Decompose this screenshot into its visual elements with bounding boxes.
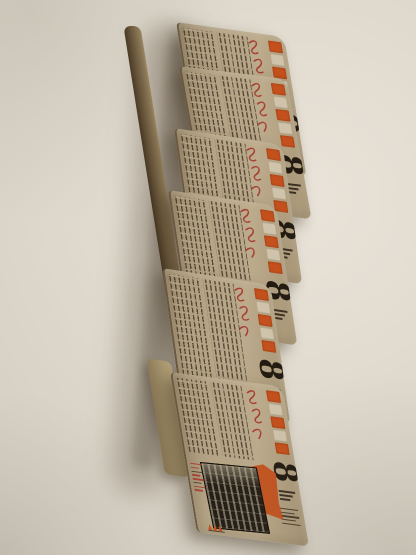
orange-square: [270, 174, 285, 187]
white-square: [262, 222, 277, 235]
photograph: 8 8: [0, 0, 416, 555]
orange-square: [266, 390, 281, 403]
white-square: [260, 327, 275, 340]
white-square: [273, 96, 288, 109]
orange-square: [254, 288, 269, 301]
orange-square: [271, 83, 286, 96]
orange-square: [280, 135, 295, 148]
white-square: [266, 248, 281, 261]
orange-square: [260, 209, 275, 222]
orange-square: [264, 235, 279, 248]
card-number-glyph: 8: [252, 356, 290, 383]
orange-square: [275, 442, 290, 455]
photo-section: [185, 450, 309, 546]
white-square: [268, 161, 283, 174]
white-square: [268, 403, 283, 416]
white-square: [278, 122, 293, 135]
orange-square: [270, 416, 285, 429]
orange-square: [261, 340, 276, 353]
orange-square: [266, 148, 281, 161]
white-square: [270, 54, 285, 67]
orange-square: [258, 314, 273, 327]
orange-square: [268, 261, 283, 274]
publisher-emblem-icon: [207, 524, 227, 538]
white-square: [272, 429, 287, 442]
orange-square: [268, 41, 283, 54]
white-square: [256, 301, 271, 314]
quiz-card: 8: [170, 372, 309, 547]
white-square: [272, 187, 287, 200]
orange-square: [275, 109, 290, 122]
